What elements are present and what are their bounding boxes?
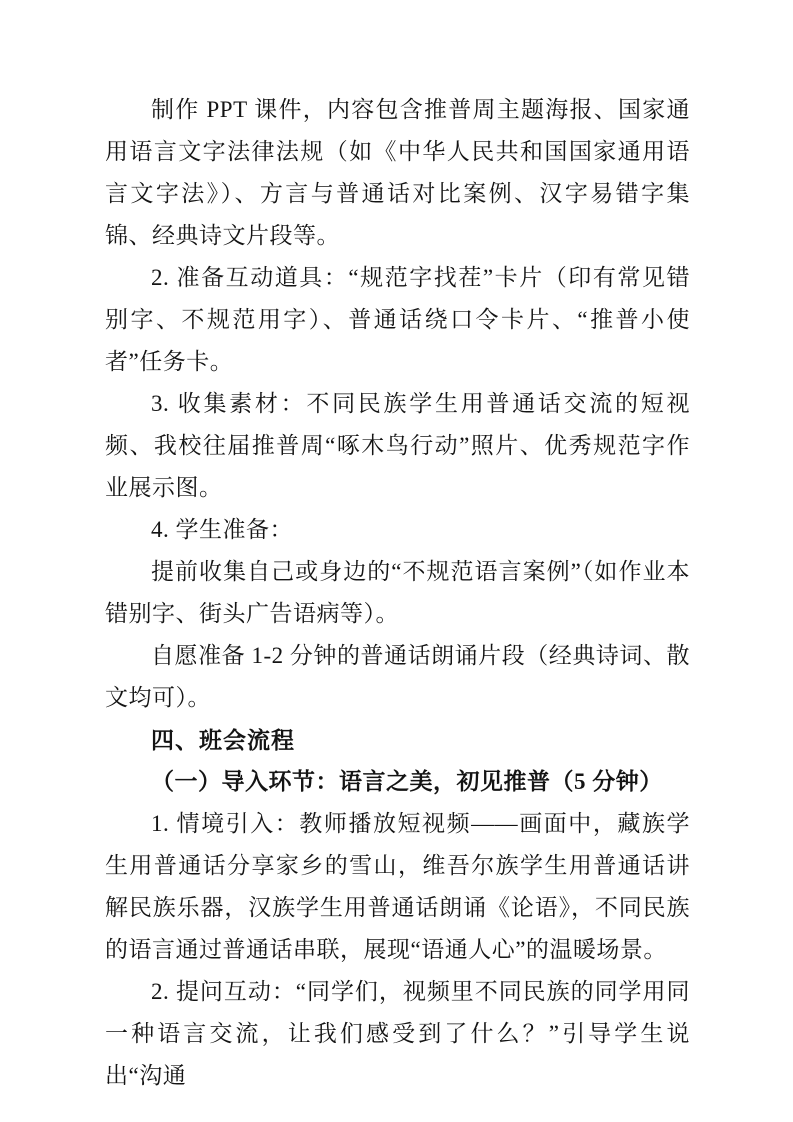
paragraph-collect-cases: 提前收集自己或身边的“不规范语言案例”（如作业本错别字、街头广告语病等）。: [105, 551, 690, 635]
paragraph-interactive-props: 2. 准备互动道具：“规范字找茬”卡片（印有常见错别字、不规范用字）、普通话绕口…: [105, 257, 690, 383]
paragraph-question-interaction: 2. 提问互动：“同学们，视频里不同民族的同学用同一种语言交流，让我们感受到了什…: [105, 971, 690, 1097]
paragraph-recitation-volunteer: 自愿准备 1-2 分钟的普通话朗诵片段（经典诗词、散文均可）。: [105, 635, 690, 719]
document-body: 制作 PPT 课件，内容包含推普周主题海报、国家通用语言文字法律法规（如《中华人…: [105, 89, 690, 1097]
subsection-heading-intro-segment: （一）导入环节：语言之美，初见推普（5 分钟）: [105, 761, 690, 803]
section-heading-class-meeting-process: 四、班会流程: [105, 719, 690, 761]
paragraph-student-preparation: 4. 学生准备：: [105, 509, 690, 551]
paragraph-ppt-courseware: 制作 PPT 课件，内容包含推普周主题海报、国家通用语言文字法律法规（如《中华人…: [105, 89, 690, 257]
paragraph-collect-materials: 3. 收集素材：不同民族学生用普通话交流的短视频、我校往届推普周“啄木鸟行动”照…: [105, 383, 690, 509]
paragraph-situation-introduction: 1. 情境引入：教师播放短视频——画面中，藏族学生用普通话分享家乡的雪山，维吾尔…: [105, 803, 690, 971]
document-page: 制作 PPT 课件，内容包含推普周主题海报、国家通用语言文字法律法规（如《中华人…: [0, 0, 793, 1122]
